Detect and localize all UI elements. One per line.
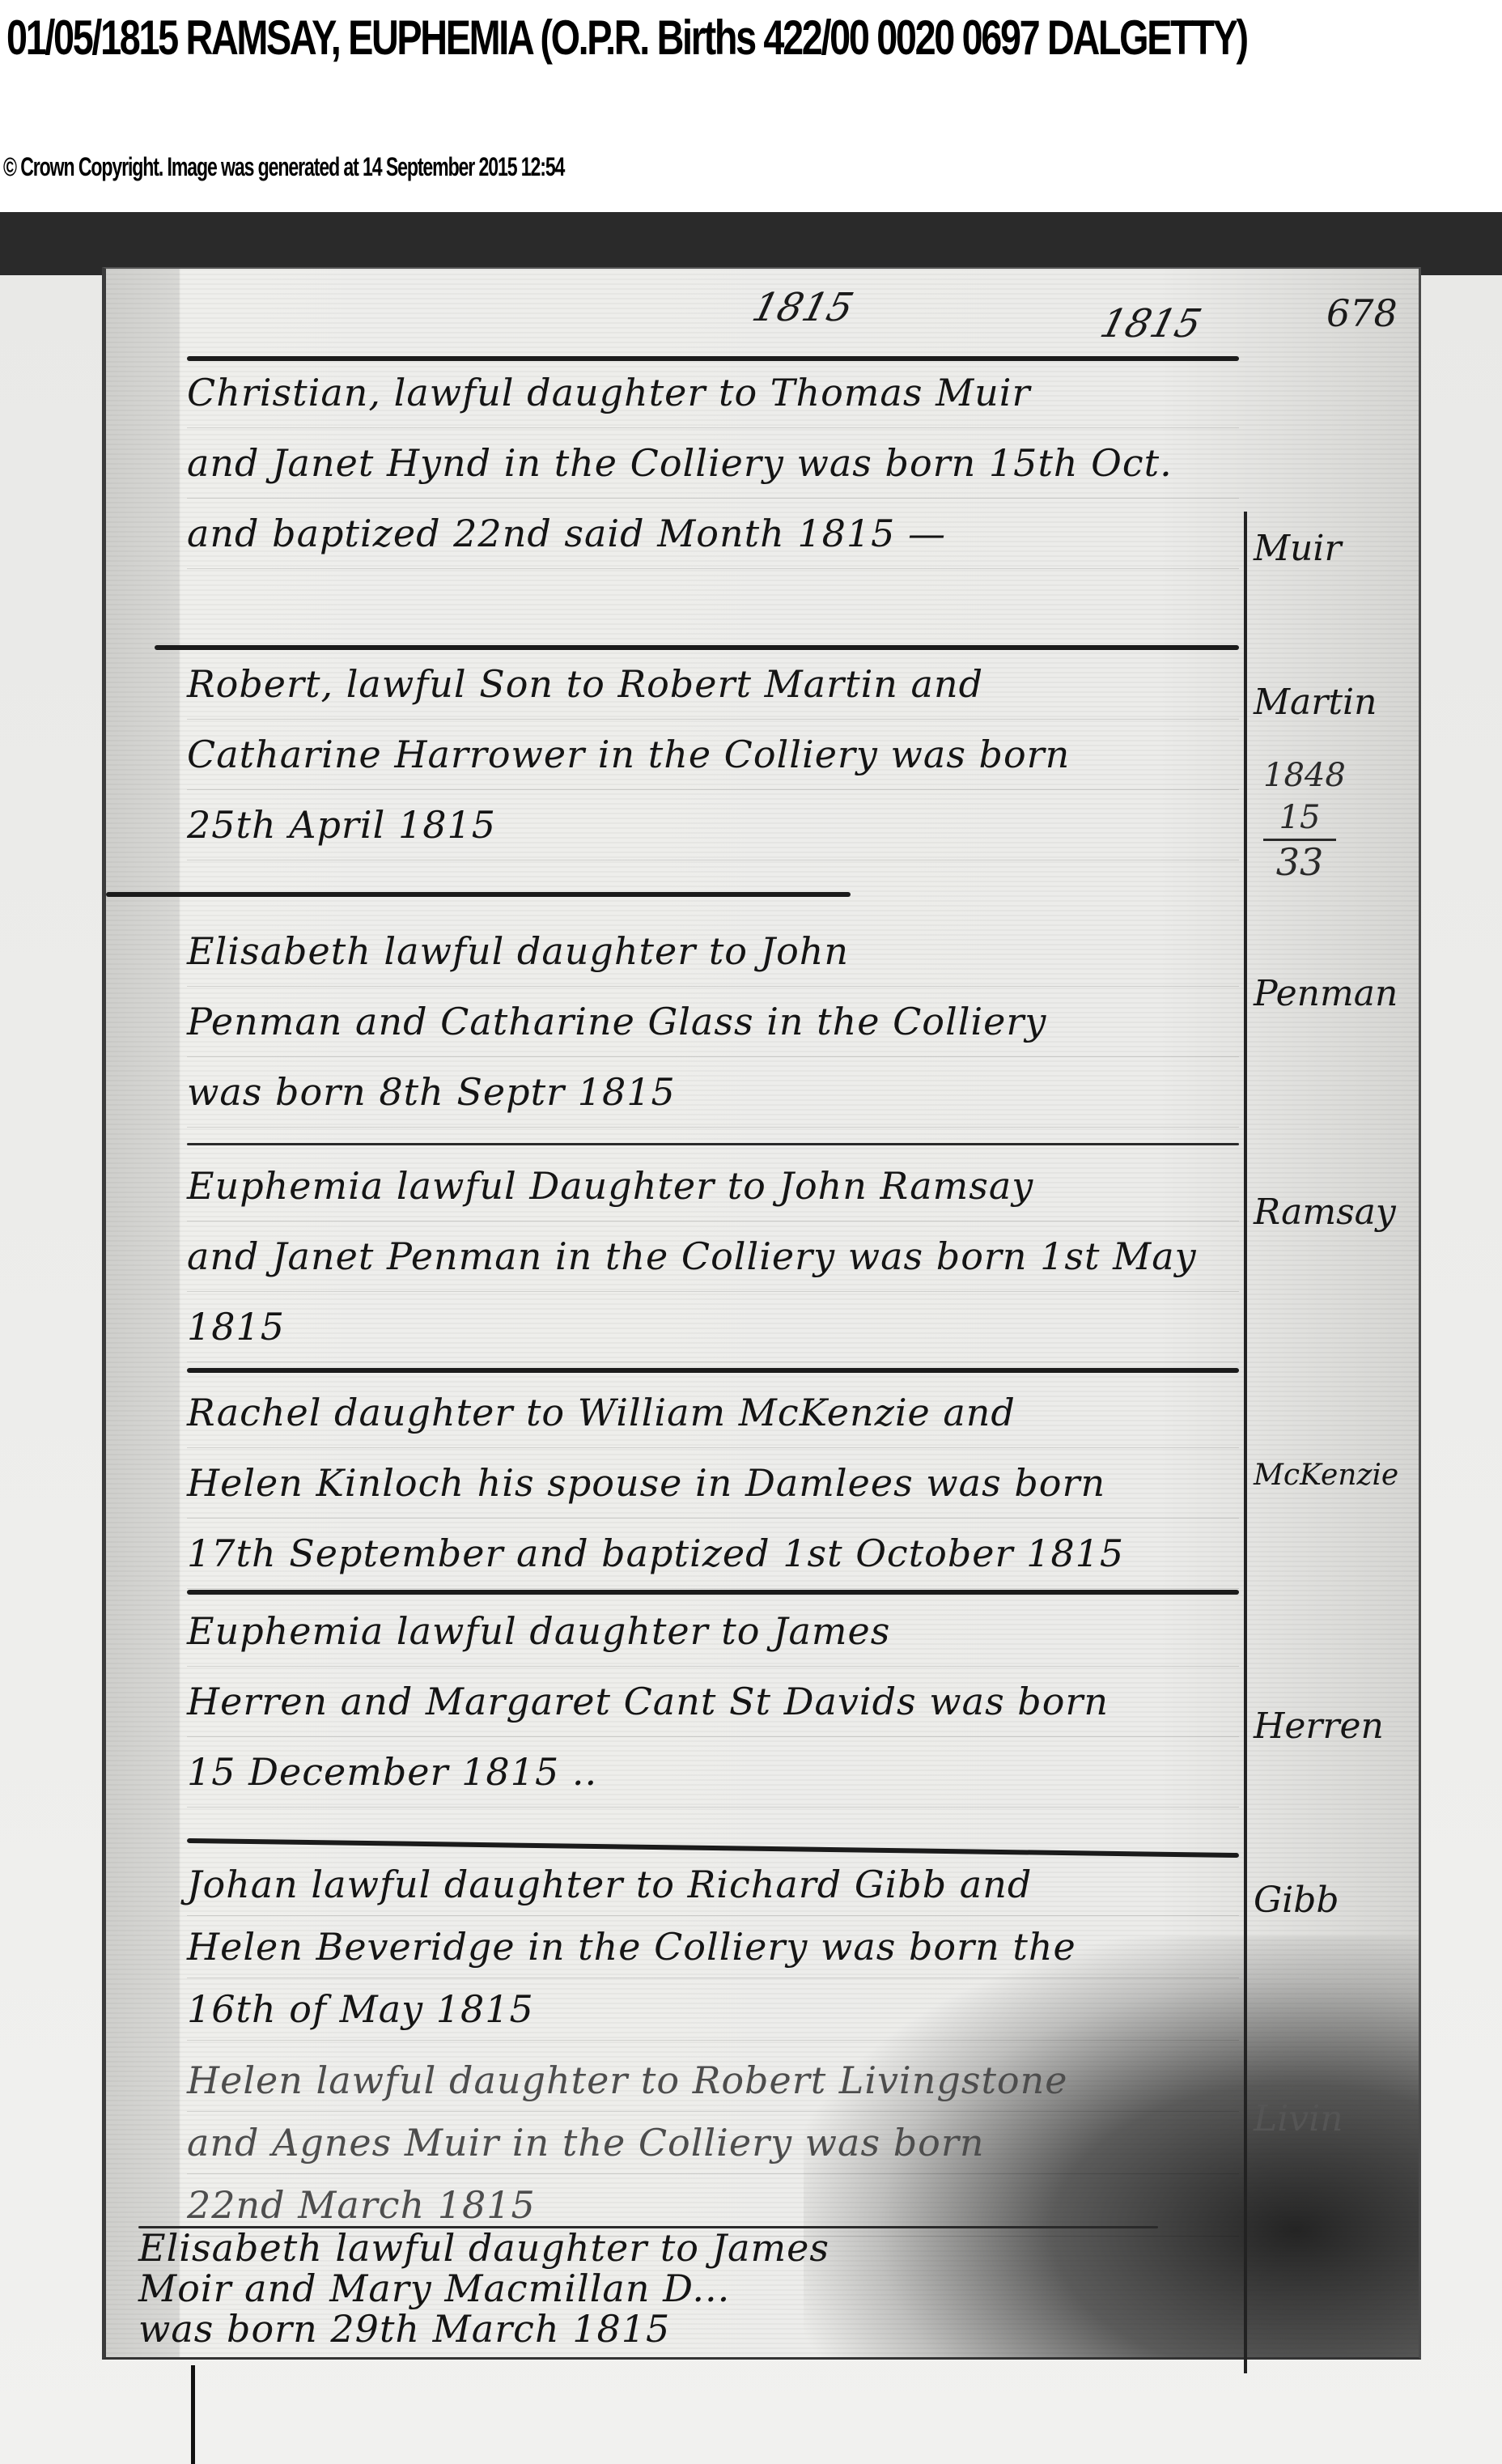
register-entry: Christian, lawful daughter to Thomas Mui… xyxy=(187,358,1239,569)
entry-line: Rachel daughter to William McKenzie and xyxy=(187,1378,1239,1448)
page-number: 678 xyxy=(1326,291,1398,335)
entry-line: Helen Beveridge in the Colliery was born… xyxy=(187,1916,1239,1978)
entry-line: and baptized 22nd said Month 1815 — xyxy=(187,499,1239,569)
entry-line: Catharine Harrower in the Colliery was b… xyxy=(187,720,1239,790)
register-entry: Robert, lawful Son to Robert Martin and … xyxy=(187,649,1239,860)
entry-line: 16th of May 1815 xyxy=(187,1978,1239,2041)
margin-surname: Herren xyxy=(1254,1706,1384,1747)
entry-line: Elisabeth lawful daughter to John xyxy=(187,916,1239,987)
margin-age-calculation: 1848 15 33 xyxy=(1263,754,1336,883)
binding-line xyxy=(191,2365,195,2464)
scan-dark-band xyxy=(0,212,1502,275)
entry-line: Johan lawful daughter to Richard Gibb an… xyxy=(187,1854,1239,1916)
register-entry: Johan lawful daughter to Richard Gibb an… xyxy=(187,1854,1239,2041)
record-title: 01/05/1815 RAMSAY, EUPHEMIA (O.P.R. Birt… xyxy=(6,6,1332,70)
register-scan-image: 1815 1815 678 Christian, lawful daughter… xyxy=(0,212,1502,2464)
register-entry: Elisabeth lawful daughter to James Moir … xyxy=(138,2228,1190,2349)
copyright-notice: © Crown Copyright. Image was generated a… xyxy=(3,151,564,183)
entry-line: 17th September and baptized 1st October … xyxy=(187,1519,1239,1589)
register-entry: Rachel daughter to William McKenzie and … xyxy=(187,1378,1239,1589)
margin-surname: Ramsay xyxy=(1254,1192,1396,1233)
entry-line: 25th April 1815 xyxy=(187,790,1239,860)
entry-line: Christian, lawful daughter to Thomas Mui… xyxy=(187,358,1239,428)
entry-line: Robert, lawful Son to Robert Martin and xyxy=(187,649,1239,720)
entry-divider xyxy=(187,1143,1239,1145)
entry-line: Elisabeth lawful daughter to James xyxy=(138,2228,1190,2268)
entry-line: Euphemia lawful daughter to James xyxy=(187,1596,1239,1667)
entry-line: Euphemia lawful Daughter to John Ramsay xyxy=(187,1151,1239,1221)
year-heading-right: 1815 xyxy=(1096,301,1206,346)
calc-result: 33 xyxy=(1263,839,1336,883)
entry-line: and Janet Penman in the Colliery was bor… xyxy=(187,1221,1239,1292)
entry-line: and Agnes Muir in the Colliery was born xyxy=(187,2112,1239,2174)
entry-line: and Janet Hynd in the Colliery was born … xyxy=(187,428,1239,499)
margin-surname: Martin xyxy=(1254,682,1377,723)
entry-divider xyxy=(187,1368,1239,1373)
entry-divider xyxy=(187,1590,1239,1595)
entry-line: Moir and Mary Macmillan D... xyxy=(138,2268,1190,2309)
margin-surname: Gibb xyxy=(1254,1880,1339,1921)
entry-line: was born 29th March 1815 xyxy=(138,2309,1190,2349)
margin-column-divider xyxy=(1244,512,1247,2373)
register-entry: Euphemia lawful Daughter to John Ramsay … xyxy=(187,1151,1239,1362)
entry-line: Herren and Margaret Cant St Davids was b… xyxy=(187,1667,1239,1737)
register-entry: Helen lawful daughter to Robert Livingst… xyxy=(187,2050,1239,2237)
margin-surname: Muir xyxy=(1254,528,1342,569)
entry-line: Helen lawful daughter to Robert Livingst… xyxy=(187,2050,1239,2112)
margin-surname: Penman xyxy=(1254,973,1398,1014)
register-entry: Elisabeth lawful daughter to John Penman… xyxy=(187,916,1239,1128)
margin-surname: McKenzie xyxy=(1254,1459,1398,1492)
entry-line: 15 December 1815 .. xyxy=(187,1737,1239,1808)
entry-line: Penman and Catharine Glass in the Collie… xyxy=(187,987,1239,1057)
calc-subtract: 15 xyxy=(1263,797,1336,839)
calc-year: 1848 xyxy=(1263,754,1336,797)
entry-line: was born 8th Septr 1815 xyxy=(187,1057,1239,1128)
register-page: 1815 1815 678 Christian, lawful daughter… xyxy=(102,267,1421,2360)
register-entry: Euphemia lawful daughter to James Herren… xyxy=(187,1596,1239,1808)
entry-line: Helen Kinloch his spouse in Damlees was … xyxy=(187,1448,1239,1519)
margin-surname: Livin xyxy=(1254,2098,1343,2139)
record-header: 01/05/1815 RAMSAY, EUPHEMIA (O.P.R. Birt… xyxy=(0,0,1502,212)
entry-divider xyxy=(106,892,851,897)
entry-line: 1815 xyxy=(187,1292,1239,1362)
year-heading-left: 1815 xyxy=(748,285,858,330)
